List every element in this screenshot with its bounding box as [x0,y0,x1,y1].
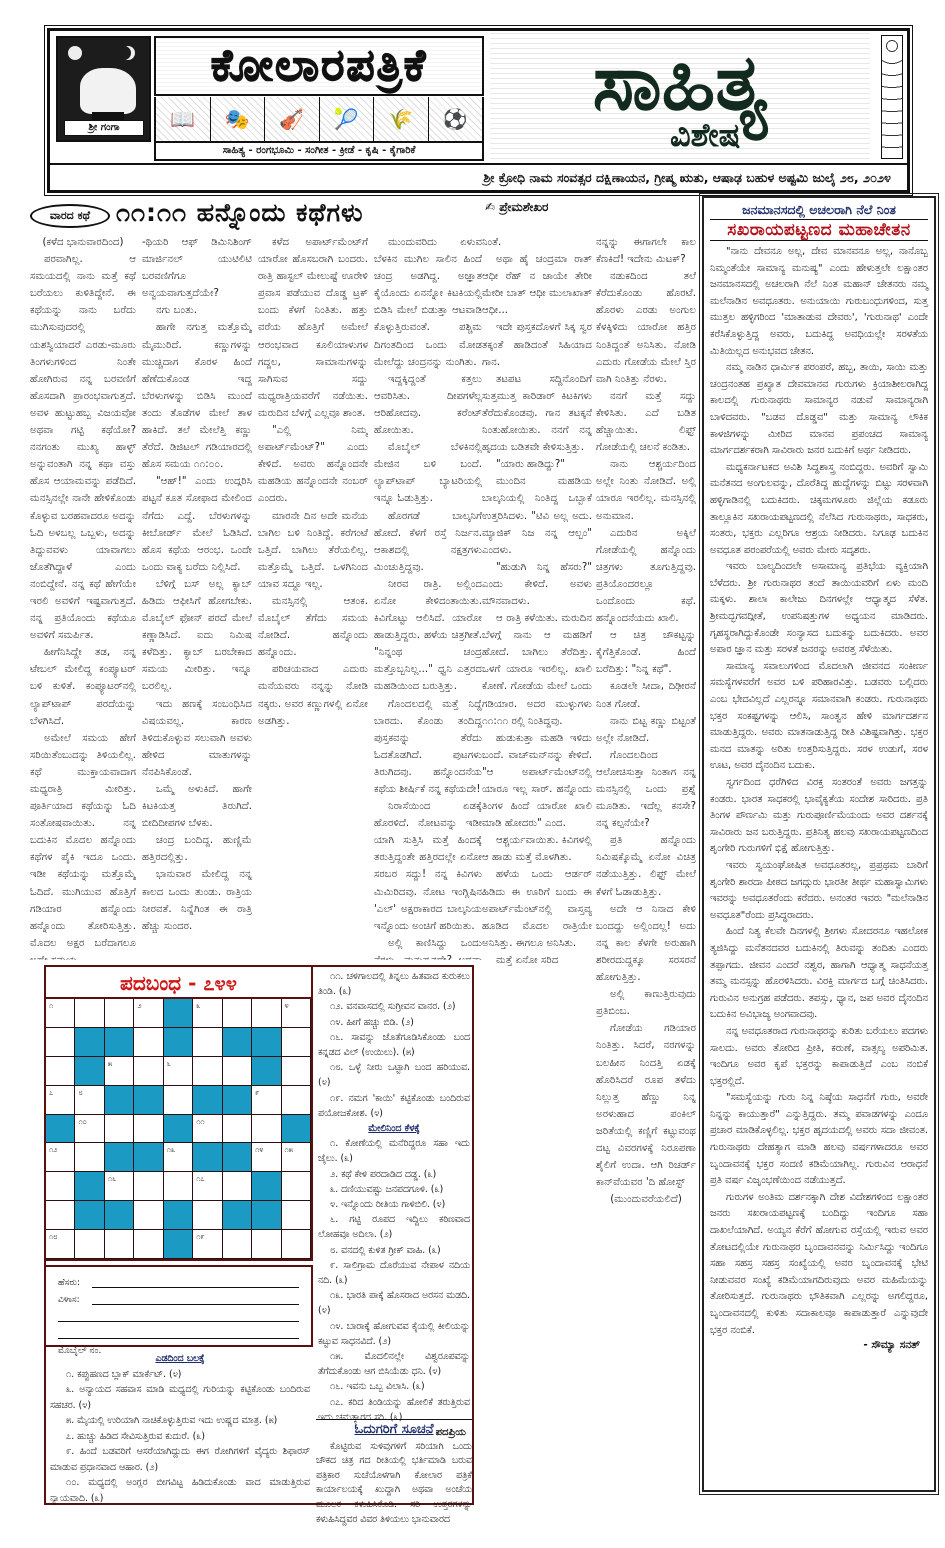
moon-icon [117,46,131,60]
clue-number: ೨ [137,1001,141,1011]
story-header: ವಾರದ ಕಥೆ ೧೧:೧೧ ಹನ್ನೊಂದು ಕಥೆಗಳು ✍ ಪ್ರೇಮಶೇ… [30,198,690,232]
crossword-cell[interactable] [193,1028,222,1057]
story-column-5: ನಿಂತೆ.ಅಥಾ ಹೈ ಚಂದ್ರಮಾ ರಾತ್ ಆಧೀ ರೆಹ್ ನ ಜಾಯ… [482,234,592,1524]
paragraph: ಅಥಾ ಹೈ ಚಂದ್ರಮಾ ರಾತ್ ಆಧೀ ರೆಹ್ ನ ಜಾಯೇ ತೇರೀ… [482,251,592,319]
crossword-block [164,1115,193,1144]
paragraph: ೧೧. ಚಳಿಗಾಲದಲ್ಲಿ ತಿನ್ನಲು ಹಿತವಾದ ಕುರುಕಲು ತ… [318,969,470,999]
crossword-cell[interactable]: ೬ [164,1057,193,1086]
clue-number: ೧೧ [196,1117,204,1127]
crossword-cell[interactable] [105,999,134,1028]
paragraph: ನಮ್ಮ ನಾಡಿನ ಧಾರ್ಮಿಕ ಪರಂಪರೆ, ಹಬ್ಬ, ತಾಯಿ, ಸ… [710,360,928,460]
clue-number: ೧೭ [196,1174,204,1184]
story-column-4: ಮುಂದುವರಿದು ಏಳುವ ಬೆಳಕಿನ ಮುಗಿಲ ಸಾಲಿನ ಹಿಂದೆ… [374,234,482,960]
clue-number: ೧೩ [167,1145,175,1155]
paragraph: ನಡುಕದಿಂದ ತಲೆ ಕೆರೆದುಕೊಂಡು ಹೊರಟೆ. ಹೊರಳು ಎರ… [596,268,696,388]
crossword-cell[interactable]: ೧೭ [193,1172,222,1201]
crossword-block [252,1057,281,1086]
paragraph: ೮. ವನದಲ್ಲಿ ಕುಳಿತ ಗ್ರೀಕ್ ವಾಹಿ. (೩) [318,1243,470,1258]
paragraph: ಇವರು ಬಾಲ್ಯದಿಂದಲೇ ಅಸಾಮಾನ್ಯ ಪ್ರತಿಭೆಯ ವ್ಯಕ್… [710,559,928,659]
across-clues: ಎಡದಿಂದ ಬಲಕ್ಕೆ೧. ಕಪ್ಪುಹಣದ ಬ್ಲಾಕ್ ಮಾರ್ಕೆಟ್… [50,1351,310,1506]
paragraph: ನೀರವ ರಾತ್ರಿ. ಅಲ್ಲಿಂದ ಏನೋ ಕೇಳಿದಂತಾಯಿತು. ಕ… [374,576,482,696]
reader-notice: ಓದುಗರಿಗೆ ಸೂಚನೆ ಕೊಟ್ಟಿರುವ ಸುಳಿವುಗಳಿಗೆ ಸರಿ… [316,1419,472,1527]
paragraph: ಮಧ್ಯಕರ್ನಾಟಕದ ಅವಿಶಿ ಸಿದ್ದಶಾಸ್ತ್ರ ನಂಬಿದ್ದರ… [710,460,928,560]
story-column-1: (ಕಳೆದ ಭಾನುವಾರದಿಂದ)ಪರವಾಗಿಲ್ಲ. ಆ ಸಮಯದಲ್ಲಿ … [30,234,136,960]
paragraph: ೯. ಹಿಂದೆ ಬಡವರಿಗೆ ಆಸರೆಯಾಗಿದ್ದುದು ಈಗ ರೋಗಿಗ… [50,1444,310,1475]
paragraph: ೯. ಸಾಲಿಗ್ರಾಮ ದೊರೆಯುವ ನೇಪಾಳ ನದಿಯ ನದಿ. (೩) [318,1258,470,1288]
paragraph: ೧೨. ವನವಾಸದಲ್ಲಿ ಸುಗ್ರೀವನ ವಾನರ. (೨) [318,999,470,1014]
paragraph: ಆ ಚಿತ್ರ ಚೌಕಟ್ಟನ್ನು ಕೈಗೆತ್ತಿಕೊಂಡೆ. ಹಿಂದೆ … [596,627,696,678]
paragraph: ಸಾಮಾನ್ಯ ಸವಾಲುಗಳಿಂದ ಮೊದಲಾಗಿ ಜೀವನದ ಸಂಕೀರ್ಣ… [710,659,928,775]
notice-body: ಕೊಟ್ಟಿರುವ ಸುಳಿವುಗಳಿಗೆ ಸರಿಯಾಗಿ ಒಂದು ಚೌಕದ … [316,1440,472,1528]
paragraph: ಗೊಂದಲದಿಂದ ಆಲೋಚಿಸುತ್ತಾ ನಿಂತಾಗ ನನ್ನ ಮನಸ್ಸಿ… [596,747,696,832]
crossword-block [223,1201,252,1230]
crossword-cell[interactable] [46,1201,75,1230]
crossword-block [134,1143,163,1172]
crossword-block [75,1057,104,1086]
feature-kicker: ಜನಮಾನಸದಲ್ಲಿ ಅಚಲರಾಗಿ ನೆಲೆ ನಿಂತ [710,202,928,218]
story-column-3: ಕಳೆದ ಅಪಾರ್ಟ್‌ಮೆಂಟ್‌ಗೆ ಯಾರೋ ಹೊಸಬರಾಗಿ ಬಂದರ… [258,234,368,960]
crossword-cell[interactable] [282,1230,311,1259]
paragraph: ಇದು ಹಣಕ್ಕೆ ಸಂಬಂಧಿಸಿದ ವಿಷಯವಲ್ಲ. ಕಾರಣ ತಿಳಿ… [142,696,252,781]
crossword-block [134,1086,163,1115]
address-row: ವಿಳಾಸ: [58,1288,299,1305]
paragraph: ಒಮ್ಮೆ ಅಳುಕಿದೆ. ಹಾಗೇ ಕಿಟಕಿಯತ್ತ ತಿರುಗಿದೆ. … [142,781,252,832]
paragraph: (ಕಳೆದ ಭಾನುವಾರದಿಂದ) [30,234,136,251]
address-row-3 [58,1322,299,1339]
story-byline: ✍ ಪ್ರೇಮಶೇಖರ [485,200,548,215]
clue-number: ೫ [108,1059,112,1069]
crossword-grid: ೧೨೩೪೫೬೭೮೯೧೦೧೧೧೨೧೩೧೪೧೫೧೬೧೭೧೮೧೯ [46,999,313,1261]
clue-number: ೪ [285,1001,289,1011]
crossword-block [223,1086,252,1115]
veena-icon: 🎻 [265,97,320,141]
crossword-block [252,1201,281,1230]
paragraph: ೧೩. ಭಾರತಿ ಪಾಕ್ಕೆ ಹೊಸರಾದ ಅರಸನ ಮಡದಿ. (೪) [318,1288,470,1318]
paragraph: ಪರಿಚಯವಾದ ಎದುರು ಮನೆಯವರು ನನ್ನನ್ನು ನೋಡಿ ನಕ್… [258,661,368,729]
paragraph: ಮತ್ತೆ ಏನೋ ಸರಿದ [482,952,592,969]
paragraph: ೧. ಕಪ್ಪುಹಣದ ಬ್ಲಾಕ್ ಮಾರ್ಕೆಟ್. (೪) [50,1367,310,1383]
paragraph: ಅಮೇಲೆ ಸಮಯ ಹೇಗೆ ಸರಿಯಿತೆಂಬುದನ್ನು ತಿಳಿಯಲಿಲ್… [30,730,136,960]
crossword-cell[interactable] [134,1115,163,1144]
paragraph: ೨. ಕಥೆ ಕೇಳಿ ಪರದಾಡಿದ ದಡ್ಡ. (೩) [318,1167,470,1182]
paragraph: ಚಂದ್ರ ಬಂದಿದ್ದ. ಹುಣ್ಣಿಮೆ ಹತ್ತಿರದಲ್ಲಿತ್ತು. [142,832,252,866]
crossword-block [223,1028,252,1057]
crossword-cell[interactable] [134,1201,163,1230]
clue-number: ೯ [255,1088,259,1098]
paragraph: ಮುಂದುವರಿದು ಏಳುವ ಬೆಳಕಿನ ಮುಗಿಲ ಸಾಲಿನ ಹಿಂದೆ… [374,234,482,371]
paper-name: ಕೋಲಾರಪತ್ರಿಕೆ [154,36,484,96]
paragraph: "ನಾನು ದೇವನೂ ಅಲ್ಲ, ದೇವ ಮಾನವನೂ ಅಲ್ಲ, ನಾನೊಬ… [710,244,928,360]
crossword-cell[interactable]: ೧೫ [282,1143,311,1172]
clue-number: ೭ [49,1088,53,1098]
crossword-block [105,1028,134,1057]
crossword-cell[interactable] [105,1115,134,1144]
paragraph: ಆ ರಾತ್ರಿ ಕಳೆಯಿತು. ಮರುದಿನ ಬೆಳಗ್ಗೆ ನಾನು ಆ … [482,610,592,730]
paragraph: ೧೫. ಮೊದಲಿನಲ್ಲೇ ವಿಶ್ವರೂಪವನ್ನು ತೆಗೆದುಕೊಂಡು… [318,1349,470,1379]
entry-form: ಹೆಸರು: ವಿಳಾಸ: ಮೊಬೈಲ್ ನಂ. [46,1265,313,1347]
paragraph: ೧೪. ಹೀಗೆ ಹಚ್ಚು ಬಿಡಿ. (೨) [318,1015,470,1030]
paragraph: ಬೆಳಿಗ್ಗೆ ಬಸ್ ಅಲ್ಲ ಕ್ಯಾಬ್ ಹಿಡಿದು ಆಫೀಸಿಗೆ … [142,576,252,696]
address-field[interactable] [92,1295,299,1305]
crossword-cell[interactable] [134,1230,163,1259]
paragraph: ನಿರಾಸೆಯಿಂದ ಏಡಕ್ಕೆ ಹೊರಳಿದೆ. ನೋಟವನ್ನು ಇಡೀ … [374,798,482,935]
paragraph: ಎದುರಿನ ಅಕ್ಕಿಲೆ ಗೋಡೆಯಲ್ಲಿ ಹನ್ನೊಂದು ಚಿತ್ರಗ… [596,525,696,628]
address-field-3[interactable] [58,1329,299,1339]
crossword-block [193,1086,222,1115]
paragraph: ೭. ಹುಚ್ಚು ಹಿಡಿದ ಸೇವಿಸುತ್ತಿರುವ ಕುದುರೆ. (೩… [50,1429,310,1445]
paragraph: ೧೪. ಬಾರಾಕ್ಕೆ ಹೋಗುವವ ಕೈಯಲ್ಲಿ ಕೀಲಿಯನ್ನು ಕಟ… [318,1319,470,1349]
crossword-cell[interactable]: ೧೦ [75,1115,104,1144]
crossword-cell[interactable] [75,1143,104,1172]
paragraph: ೬. ಗಟ್ಟಿ ರೂಪದ ಇದ್ದಿಲು ಕಠಿಣವಾದ ಲೋಹವೂ ಅದಿಲ… [318,1212,470,1242]
crossword-cell[interactable] [193,1057,222,1086]
paragraph: ಸ್ವರ್ಗದಿಂದ ಧರೆಗಿಳಿದ ವಿರಕ್ತ ಸಂತರಂತೆ ಅವರು … [710,775,928,858]
paragraph: ಗೊಂದಲದಲ್ಲಿ ಮತ್ತೆ ನಿದ್ದೆ ಬಾರದು. ಕೊಂಡು ತಂದ… [374,696,482,799]
crossword-block [75,1172,104,1201]
book-quill-icon: 📖 [156,97,211,141]
crossword-cell[interactable] [75,1230,104,1259]
crossword-cell[interactable] [223,1172,252,1201]
clue-number: ೧೨ [49,1145,57,1155]
feature-title: ಸಖರಾಯಪಟ್ಟಣದ ಮಹಾಚೇತನ [710,219,928,241]
paragraph: ಪರವಾಗಿಲ್ಲ. ಆ ಸಮಯದಲ್ಲಿ ನಾನು ಮತ್ತೆ ಕಥೆ ಬರೆ… [30,251,136,644]
paragraph: "ಹುಡುಗಿ ನಿನ್ನ ಹೆಸರು?" ಎಂದು ಕೇಳಿದೆ. ಅವಳು … [482,559,592,610]
crossword-cell[interactable] [252,999,281,1028]
edition-subtitle: ವಿಶೇಷ [670,116,740,155]
paragraph: ಗುರುಗಳ ಅಂತಿಮ ದರ್ಶನಕ್ಕಾಗಿ ದೇಶ ವಿದೇಶಗಳಿಂದ … [710,1190,928,1339]
crossword-cell[interactable]: ೮ [75,1086,104,1115]
crossword-cell[interactable]: ೧೩ [164,1143,193,1172]
crossword-block [252,1028,281,1057]
crossword-cell[interactable]: ೧೯ [193,1230,222,1259]
paragraph: ಇದ್ದಕ್ಕಿದ್ದಂತೆ ಕತ್ತಲು ಆವರಿಸಿತು. ದೀಪಗಳೆಲ್… [374,371,482,439]
paragraph: ಮುಂದಿನ ಮಹಡಿಯ ಬಾಲ್ಕನಿಯಲ್ಲಿ ನಿಂತಿದ್ದ ಒಬ್ಬಾ… [482,473,592,558]
crossword-cell[interactable] [46,1028,75,1057]
paragraph: ೫. ಮೈಯಲ್ಲಿ ಉರಿಯಾಗಿ ನಾಚಿಕೊಳ್ಳುತ್ತಿರುವ ಇದು… [50,1413,310,1429]
masthead-logo: ಶ್ರೀ ಗಂಗಾ [56,36,151,142]
paragraph: ಭಾನುವಾರ ಮೇಲಿದ್ದ ನನ್ನ ಕಾಲದ ಒಂದು ತುಂಡು. ರಾ… [142,866,252,934]
paragraph: ಪ್ರತಿ ಹನ್ನೊಂದು ನಿಮಿಷಕ್ಕೊಮ್ಮೆ ಏನೋ ವಿಚಿತ್ರ… [596,832,696,900]
crossword-cell[interactable]: ೧ [46,999,75,1028]
crossword-cell[interactable] [105,1230,134,1259]
paragraph: ೧೬. ಇವನು ಒಬ್ಬ ವಿಲಾಸಿ. (೩) [318,1379,470,1394]
feature-body: "ನಾನು ದೇವನೂ ಅಲ್ಲ, ದೇವ ಮಾನವನೂ ಅಲ್ಲ, ನಾನೊಬ… [710,244,928,1339]
crossword-cell[interactable]: ೧೬ [105,1172,134,1201]
crossword-cell[interactable]: ೪ [282,999,311,1028]
clue-number: ೧೦ [78,1117,86,1127]
paragraph: ಇದೇ ಪುಸ್ತಕದೊಳಗೆ ಸಿಕ್ಕ ಸ್ವರ ತಕ್ಕಂತೆ ಹಾಡಿದ… [482,319,592,370]
clue-number: ೧ [49,1001,53,1011]
paragraph: ಮಾರನೇ ದಿನ ಅದೇ ಮನೆಯ ಬಾಗಿಲ ಬಳಿ ನಿಂತಿದ್ದೆ. … [258,508,368,593]
paragraph: (ಮುಂದುವರೆಯಲಿದೆ) [596,1191,696,1208]
paragraph: ಅಲ್ಲಿ ಕಾಣಿಸಿದ್ದು ಒಂದು ನೆರಳು. ಮನುಷ್ಯನದೇ? … [374,935,482,960]
crossword-cell[interactable] [282,1201,311,1230]
paragraph: ಹಾಗೇ ನಗುತ್ತ ಮತ್ತೊಮ್ಮೆ ಮೈಮುರಿದೆ. ಕಣ್ಣುಗಳನ… [142,319,252,473]
paragraph: ೪. ಇನ್ನೊಂದು ರೀತಿಯ ಗಾಳಿಬಿಲಿ. (೪) [318,1197,470,1212]
crossword-cell[interactable]: ೩ [193,999,222,1028]
paragraph: ನನ್ನ ಅವಧೂತರಾದ ಗುರುನಾಥರನ್ನು ಕುರಿತು ಬರೆಯಲು… [710,1024,928,1090]
paragraph: "ಎಲ್ಲಿ ನಿಮ್ಮ ಅಪಾರ್ಟ್‌ಮೆಂಟ್?" ಎಂದು ಕೇಳಿದೆ… [258,422,368,507]
crossword-block [164,1028,193,1057]
crossword-cell[interactable] [282,1028,311,1057]
paragraph: ಹೀಗೆನಿಸಿದ್ದೇ ತಡ, ನನ್ನ ಟೇಬಲ್ ಮೇಲಿದ್ದ ಕಂಪ್… [30,644,136,729]
crossword-block [75,1201,104,1230]
address-label: ವಿಳಾಸ: [58,1295,92,1305]
feature-signature: - ಸೌಮ್ಯಾ ಸನತ್ [710,1339,928,1352]
paragraph: ಆಶ್ಚರ್ಯವಾಯಿತು. ಕಿವಿಗಳಲ್ಲಿ ಆ ಹಾಡು ಮತ್ತೆ ಮ… [482,832,592,866]
crossword-cell[interactable] [193,1201,222,1230]
address-field-2[interactable] [58,1312,299,1322]
down-heading: ಮೇಲಿನಿಂದ ಕೆಳಕ್ಕೆ [318,1121,470,1136]
clue-number: ೧೬ [108,1174,116,1184]
crossword-cell[interactable] [46,1057,75,1086]
paragraph: ನಿಂತೆ. [482,234,592,251]
crossword-cell[interactable] [223,1230,252,1259]
clue-number: ೬ [167,1059,171,1069]
paragraph: ನನ್ನನ್ನು ಈಗಾಗಲೇ ಕಾಲ ಕೆಣಕಿದೆ! ಇದೇನು ಮಿಟಕ್… [596,234,696,268]
category-strip: ಸಾಹಿತ್ಯ - ರಂಗಭೂಮಿ - ಸಂಗೀತ - ಕ್ರೀಡೆ - ಕೃಷ… [154,143,484,161]
sun-icon [68,46,82,60]
story-tag: ವಾರದ ಕಥೆ [30,204,110,228]
crossword-cell[interactable] [164,1172,193,1201]
crossword-cell[interactable]: ೧೪ [252,1143,281,1172]
crossword-cell[interactable] [134,1057,163,1086]
paragraph: ಕೂಡಲೇ ಸೀದಾ, ದಿಢೀರನೆ ನಿಂತ ಗೋಡೆ. [596,678,696,712]
paragraph: "ಆಹ್!" ಎಂದು ಉದ್ಗರಿಸಿ ಪಟ್ಟನೆ ಕೂತ ಸೋಫಾದ ಮೇ… [142,473,252,576]
crossword-block [252,1172,281,1201]
paragraph: ೧೦. ಮಧ್ಯದಲ್ಲಿ ಅಂಗ್ಲರ ಬೀಗವಿಟ್ಟ ಹಿಡಿದುಕೊಂಡ… [50,1475,310,1506]
masthead: ಶ್ರೀ ಗಂಗಾ ಕೋಲಾರಪತ್ರಿಕೆ 📖 🎭 🎻 🎾 🌾 ⚽ ಸಾಹಿತ… [47,28,910,193]
crossword-cell[interactable] [223,999,252,1028]
theatre-masks-icon: 🎭 [211,97,266,141]
date-line: ಶ್ರೀ ಕ್ರೋಧಿ ನಾಮ ಸಂವತ್ಸರ ದಕ್ಷಿಣಾಯನ, ಗ್ರೀಷ… [50,163,907,190]
paragraph: ೧. ಕೋಣೆಯಲ್ಲಿ ಮನೆರಿದ್ದರೂ ಸಹಾ ಇದು ಜೈಲು. (೩… [318,1136,470,1166]
crossword-cell[interactable] [282,1172,311,1201]
paragraph: ಹಿಂದೆ ನಿತ್ಯ ಕೆಲವೇ ದಿನಗಳಲ್ಲಿ ಶ್ರೀಗಳು ಸೋದರ… [710,924,928,1024]
paragraph: ಮೊಬೈಲ್ ಬೆಳಕಿನಲ್ಲಿ ಮೇಜಿನ ಬಳಿ ಬಂದೆ. ಲ್ಯಾಪ್… [374,439,482,507]
elephant-icon [80,68,136,114]
paragraph: ತಟಪಟ ಸದ್ದಿನೊಂದಿಗೆ ಸುತ್ತಮುತ್ತ ಕಾರಿಡಾರ್ ಕಿ… [482,371,592,456]
paragraph: ನಾನು ಬಿಟ್ಟ ಕಣ್ಣು ಬಿಟ್ಟಂತೆ ಅಲ್ಲೇ ನೋಡಿದೆ. [596,713,696,747]
crossword-cell[interactable]: ೧೧ [193,1115,222,1144]
clue-number: ೧೫ [285,1145,293,1155]
paragraph: ೩. ದಣಿಯುವಷ್ಟು ಜನಪದಗೂಳಿ. (೩) [318,1182,470,1197]
clue-number: ೮ [78,1088,82,1098]
paragraph: ಅದೇ ಆ ನಿನಾದ ಕೇಳಿ ಬಂದದ್ದು ಅಲ್ಲಿಂದಲ್ಲ! ಅದು… [596,901,696,986]
paragraph: ೩. ಅನ್ಯಾಯದ ಸಹವಾಸ ಮಾಡಿ ಮಧ್ಯದಲ್ಲಿ ಗುರಿಯನ್ನ… [50,1382,310,1413]
crossword-block [223,1143,252,1172]
crossword-cell[interactable]: ೧೮ [46,1230,75,1259]
crossword-block [75,1028,104,1057]
clue-number: ೧೯ [196,1232,204,1242]
crossword-block [105,1201,134,1230]
crossword-block [105,1086,134,1115]
crossword-block [164,1230,193,1259]
crossword-cell[interactable] [134,1028,163,1057]
logo-caption: ಶ್ರೀ ಗಂಗಾ [64,120,144,136]
paragraph: ನಗು ಬಂತು. [142,302,252,319]
feature-article: ಜನಮಾನಸದಲ್ಲಿ ಅಚಲರಾಗಿ ನೆಲೆ ನಿಂತ ಸಖರಾಯಪಟ್ಟಣ… [702,196,936,1492]
factory-ball-icon: ⚽ [429,97,483,141]
crossword-cell[interactable]: ೫ [105,1057,134,1086]
crossword-cell[interactable]: ೧೨ [46,1143,75,1172]
paragraph: ನನಗೆ ಮತ್ತೆ ಸದ್ದು ಕೇಳಿಸಿತು. ಎದೆ ಬಡಿತ ಹೆಚ್… [596,388,696,456]
crossword-cell[interactable] [282,1057,311,1086]
crossword-cell[interactable] [46,1172,75,1201]
paragraph: -ಥಿಯರಿ ಆಫ್ ಡಿಮಿನಿಶಿಂಗ್ ಮಾರ್ಜಿನಲ್ ಯುಟಿಲಿಟ… [142,234,252,302]
story-column-2: -ಥಿಯರಿ ಆಫ್ ಡಿಮಿನಿಶಿಂಗ್ ಮಾರ್ಜಿನಲ್ ಯುಟಿಲಿಟ… [142,234,252,960]
paragraph: "ಸಮಸ್ಯೆಯನ್ನು ಗುರು ನಿನ್ನ ನಿಷ್ಠೆಯ ಸಾಧನೆಗೆ … [710,1090,928,1190]
crossword-puzzle: ಪದಬಂಧ - ೭೪೪ ೧೨೩೪೫೬೭೮೯೧೦೧೧೧೨೧೩೧೪೧೫೧೬೧೭೧೮೧… [44,965,474,1505]
story-title: ೧೧:೧೧ ಹನ್ನೊಂದು ಕಥೆಗಳು [116,198,364,228]
address-row-2 [58,1305,299,1322]
name-row: ಹೆಸರು: [58,1271,299,1288]
crossword-cell[interactable] [252,1230,281,1259]
racket-icon: 🎾 [320,97,375,141]
clue-number: ೧೪ [255,1145,263,1155]
crossword-cell[interactable] [223,1115,252,1144]
clue-number: ೧೮ [49,1232,57,1242]
harvest-icon: 🌾 [374,97,429,141]
crossword-clues-continued: ೧೧. ಚಳಿಗಾಲದಲ್ಲಿ ತಿನ್ನಲು ಹಿತವಾದ ಕುರುಕಲು ತ… [318,969,470,1389]
crossword-cell[interactable] [134,1172,163,1201]
crossword-block [282,1115,311,1144]
crossword-block [46,1115,75,1144]
paragraph: ಗೋಡೆಯ ಗಡಿಯಾರ ನಿಂತಿತ್ತು. ಸಿದರೆ, ನರಗಳನ್ನು … [596,1020,696,1191]
story-column-6: ನನ್ನನ್ನು ಈಗಾಗಲೇ ಕಾಲ ಕೆಣಕಿದೆ! ಇದೇನು ಮಿಟಕ್… [596,234,696,1524]
crossword-cell[interactable] [252,1115,281,1144]
paragraph: ನಾನು ಆಶ್ಚರ್ಯದಿಂದ ಅಲ್ಲೇ ನಿಂತು ನೋಡಿದೆ. ಅಲ್… [596,456,696,524]
crossword-cell[interactable]: ೯ [252,1086,281,1115]
name-label: ಹೆಸರು: [58,1278,92,1288]
category-icons: 📖 🎭 🎻 🎾 🌾 ⚽ [154,97,484,143]
across-heading: ಎಡದಿಂದ ಬಲಕ್ಕೆ [50,1351,310,1367]
crossword-cell[interactable] [282,1086,311,1115]
paragraph: ೧೬. ಸಾವನ್ನು ಜೊತೆಗೂಡಿಸಿಕೊಂಡು ಬಂದ ಕನ್ನಡದ ವ… [318,1030,470,1060]
crossword-cell[interactable]: ೨ [134,999,163,1028]
paragraph: ಇವರು ಸ್ವಯಂಘೋಷಿತ ಅವಧೂತರಲ್ಲ, ಪ್ರಪ್ರಥಮ ಬಾರಿ… [710,858,928,924]
clue-number: ೩ [196,1001,200,1011]
paragraph: "ಯಾರು ಹಾಡಿದ್ದು?" [482,456,592,473]
paragraph: ಮನಸ್ಸಿನಲ್ಲಿ ಆತಂಕ. ಮೊಬೈಲ್ ತೆಗೆದು ಸಮಯ ನೋಡಿ… [258,593,368,661]
paragraph: ಕಳೆದ ಅಪಾರ್ಟ್‌ಮೆಂಟ್‌ಗೆ ಯಾರೋ ಹೊಸಬರಾಗಿ ಬಂದರ… [258,234,368,422]
crossword-cell[interactable]: ೭ [46,1086,75,1115]
ornament-border-icon [881,35,903,159]
paragraph: ಹೊರಗಡೆ ಬಾಲ್ಕನಿಗೆ ಹೋದೆ. ಕೆಳಗೆ ರಸ್ತೆ ನಿರ್ಜ… [374,508,482,576]
crossword-block [164,999,193,1028]
crossword-block [105,1143,134,1172]
paragraph: ಹುಡುಕುತ್ತಾ ಮಹಡಿ ಇಳಿದು ಬಂದೆ. ವಾಚ್‌ಮನ್‌ನನ್… [482,730,592,833]
name-field[interactable] [92,1278,299,1288]
paragraph: ಅಲ್ಲಿ ಕಾಣುತ್ತಿರುವುದು ಪ್ರತಿಬಿಂಬ. [596,986,696,1020]
crossword-title: ಪದಬಂಧ - ೭೪೪ [46,967,313,999]
crossword-block [193,1143,222,1172]
crossword-cell[interactable] [75,999,104,1028]
paragraph: ೧೯. ನಮಗ 'ಕಾಯಿ' ಕಟ್ಟಿಕೊಂಡು ಬಂದಿರುವ ಪಯೋಜಕೋ… [318,1091,470,1121]
crossword-cell[interactable] [223,1057,252,1086]
crossword-block [164,1201,193,1230]
paragraph: ಹಳೆಯ ಒಂದು ಆರ್ಡರ್ ಹಿಡಿದು ಈ ಊರಿಗೆ ಬಂದು ಈ ಅ… [482,866,592,951]
notice-title: ಓದುಗರಿಗೆ ಸೂಚನೆ [316,1423,472,1438]
paragraph: ೧೮. ಒಳ್ಳೆ ನೀರು ಒಟ್ಟಾಗಿ ಬಂದ ಹರಿಯುವ. (೪) [318,1060,470,1090]
crossword-cell[interactable] [164,1086,193,1115]
